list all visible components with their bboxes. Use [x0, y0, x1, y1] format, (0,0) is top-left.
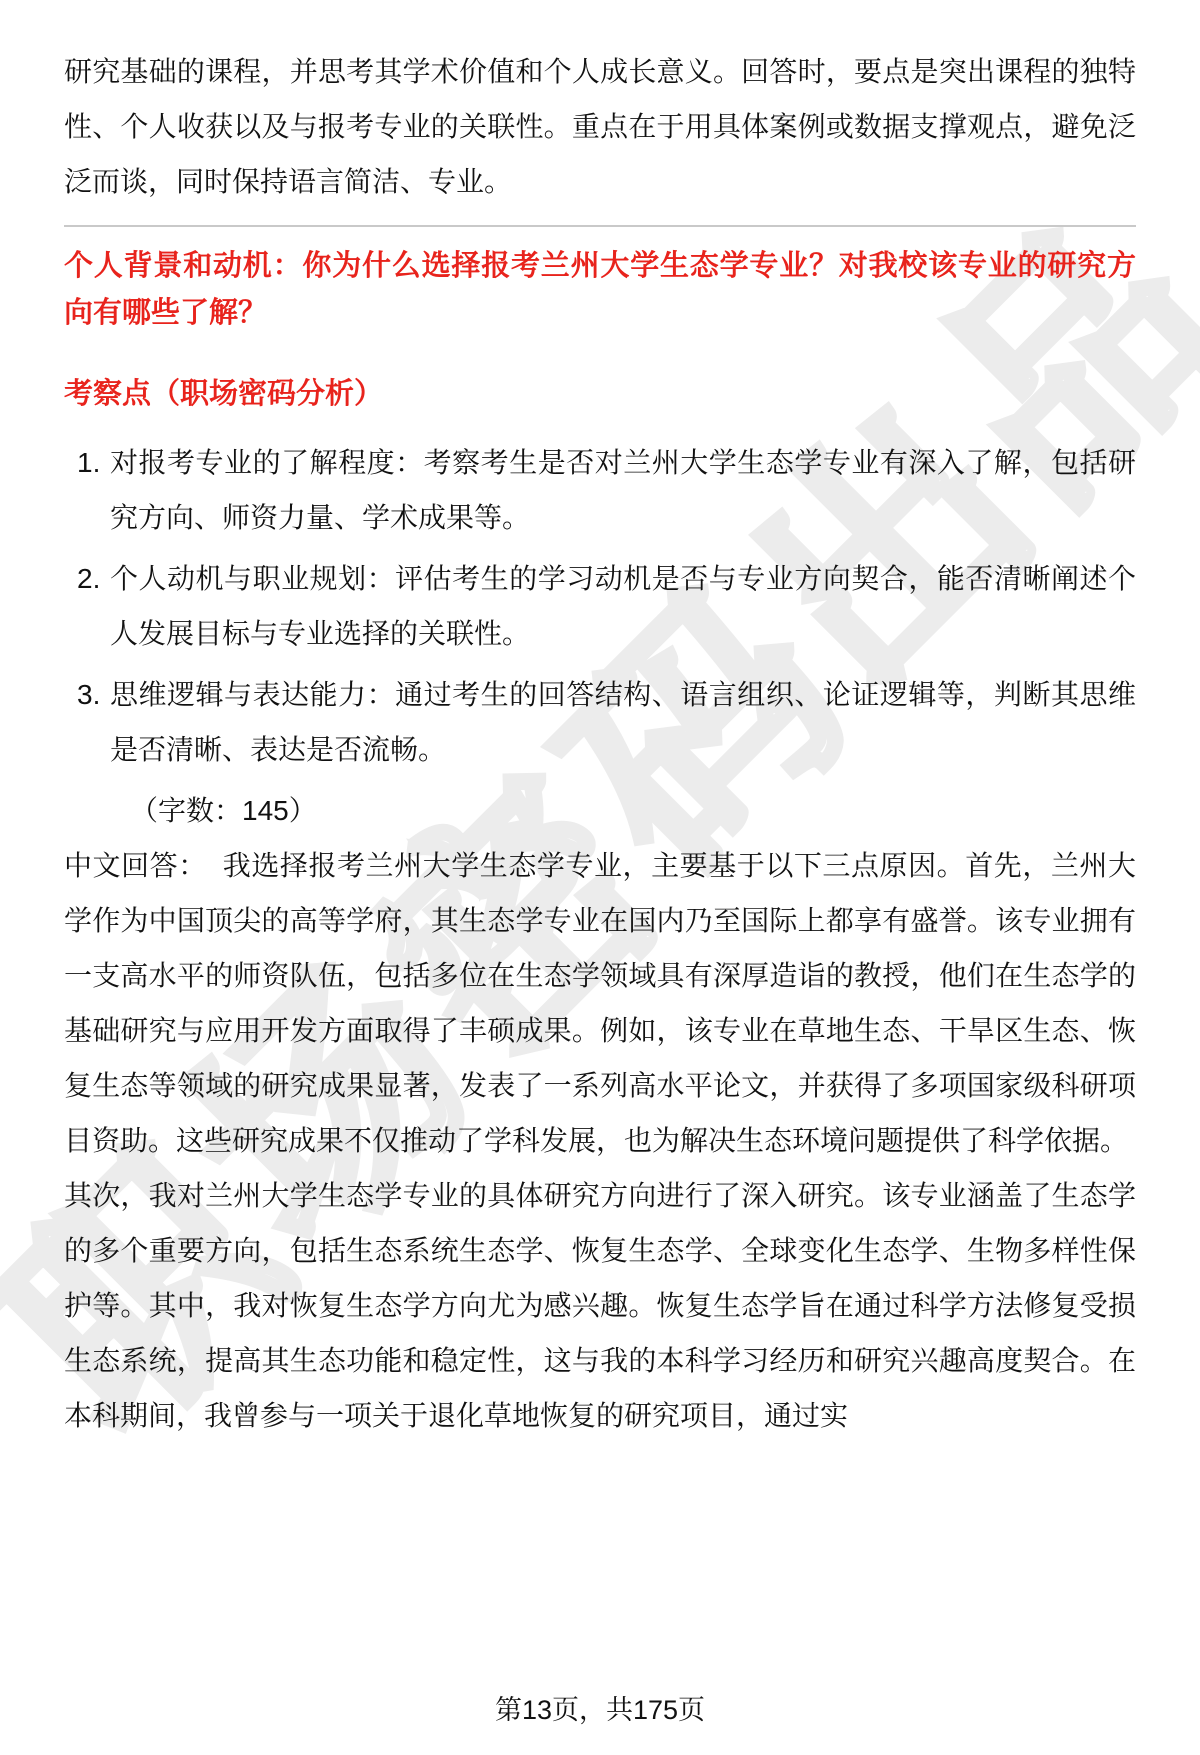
- list-item-text: 对报考专业的了解程度：考察考生是否对兰州大学生态学专业有深入了解，包括研究方向、…: [110, 435, 1136, 545]
- list-item-number: 3.: [77, 667, 110, 722]
- list-item: 1. 对报考专业的了解程度：考察考生是否对兰州大学生态学专业有深入了解，包括研究…: [64, 435, 1136, 545]
- list-item-text: 个人动机与职业规划：评估考生的学习动机是否与专业方向契合，能否清晰阐述个人发展目…: [110, 551, 1136, 661]
- question-heading: 个人背景和动机：你为什么选择报考兰州大学生态学专业？对我校该专业的研究方向有哪些…: [64, 243, 1136, 337]
- answer-paragraph-1: 中文回答：我选择报考兰州大学生态学专业，主要基于以下三点原因。首先，兰州大学作为…: [64, 838, 1136, 1168]
- answer-label: 中文回答：: [64, 850, 207, 881]
- list-item: 2. 个人动机与职业规划：评估考生的学习动机是否与专业方向契合，能否清晰阐述个人…: [64, 551, 1136, 661]
- section-divider: [64, 225, 1136, 227]
- intro-paragraph: 研究基础的课程，并思考其学术价值和个人成长意义。回答时，要点是突出课程的独特性、…: [64, 44, 1136, 209]
- list-item: 3. 思维逻辑与表达能力：通过考生的回答结构、语言组织、论证逻辑等，判断其思维是…: [64, 667, 1136, 777]
- page-content: 研究基础的课程，并思考其学术价值和个人成长意义。回答时，要点是突出课程的独特性、…: [0, 0, 1200, 1443]
- page-number-footer: 第13页，共175页: [0, 1688, 1200, 1727]
- list-item-number: 2.: [77, 551, 110, 606]
- analysis-points-list: 1. 对报考专业的了解程度：考察考生是否对兰州大学生态学专业有深入了解，包括研究…: [64, 435, 1136, 777]
- answer-paragraph-2: 其次，我对兰州大学生态学专业的具体研究方向进行了深入研究。该专业涵盖了生态学的多…: [64, 1168, 1136, 1443]
- word-count-note: （字数：145）: [130, 783, 1136, 838]
- list-item-number: 1.: [77, 435, 110, 490]
- document-page: 职场密码出品 研究基础的课程，并思考其学术价值和个人成长意义。回答时，要点是突出…: [0, 0, 1200, 1755]
- answer-text: 我选择报考兰州大学生态学专业，主要基于以下三点原因。首先，兰州大学作为中国顶尖的…: [64, 850, 1136, 1156]
- list-item-text: 思维逻辑与表达能力：通过考生的回答结构、语言组织、论证逻辑等，判断其思维是否清晰…: [110, 667, 1136, 777]
- analysis-heading: 考察点（职场密码分析）: [64, 371, 1136, 417]
